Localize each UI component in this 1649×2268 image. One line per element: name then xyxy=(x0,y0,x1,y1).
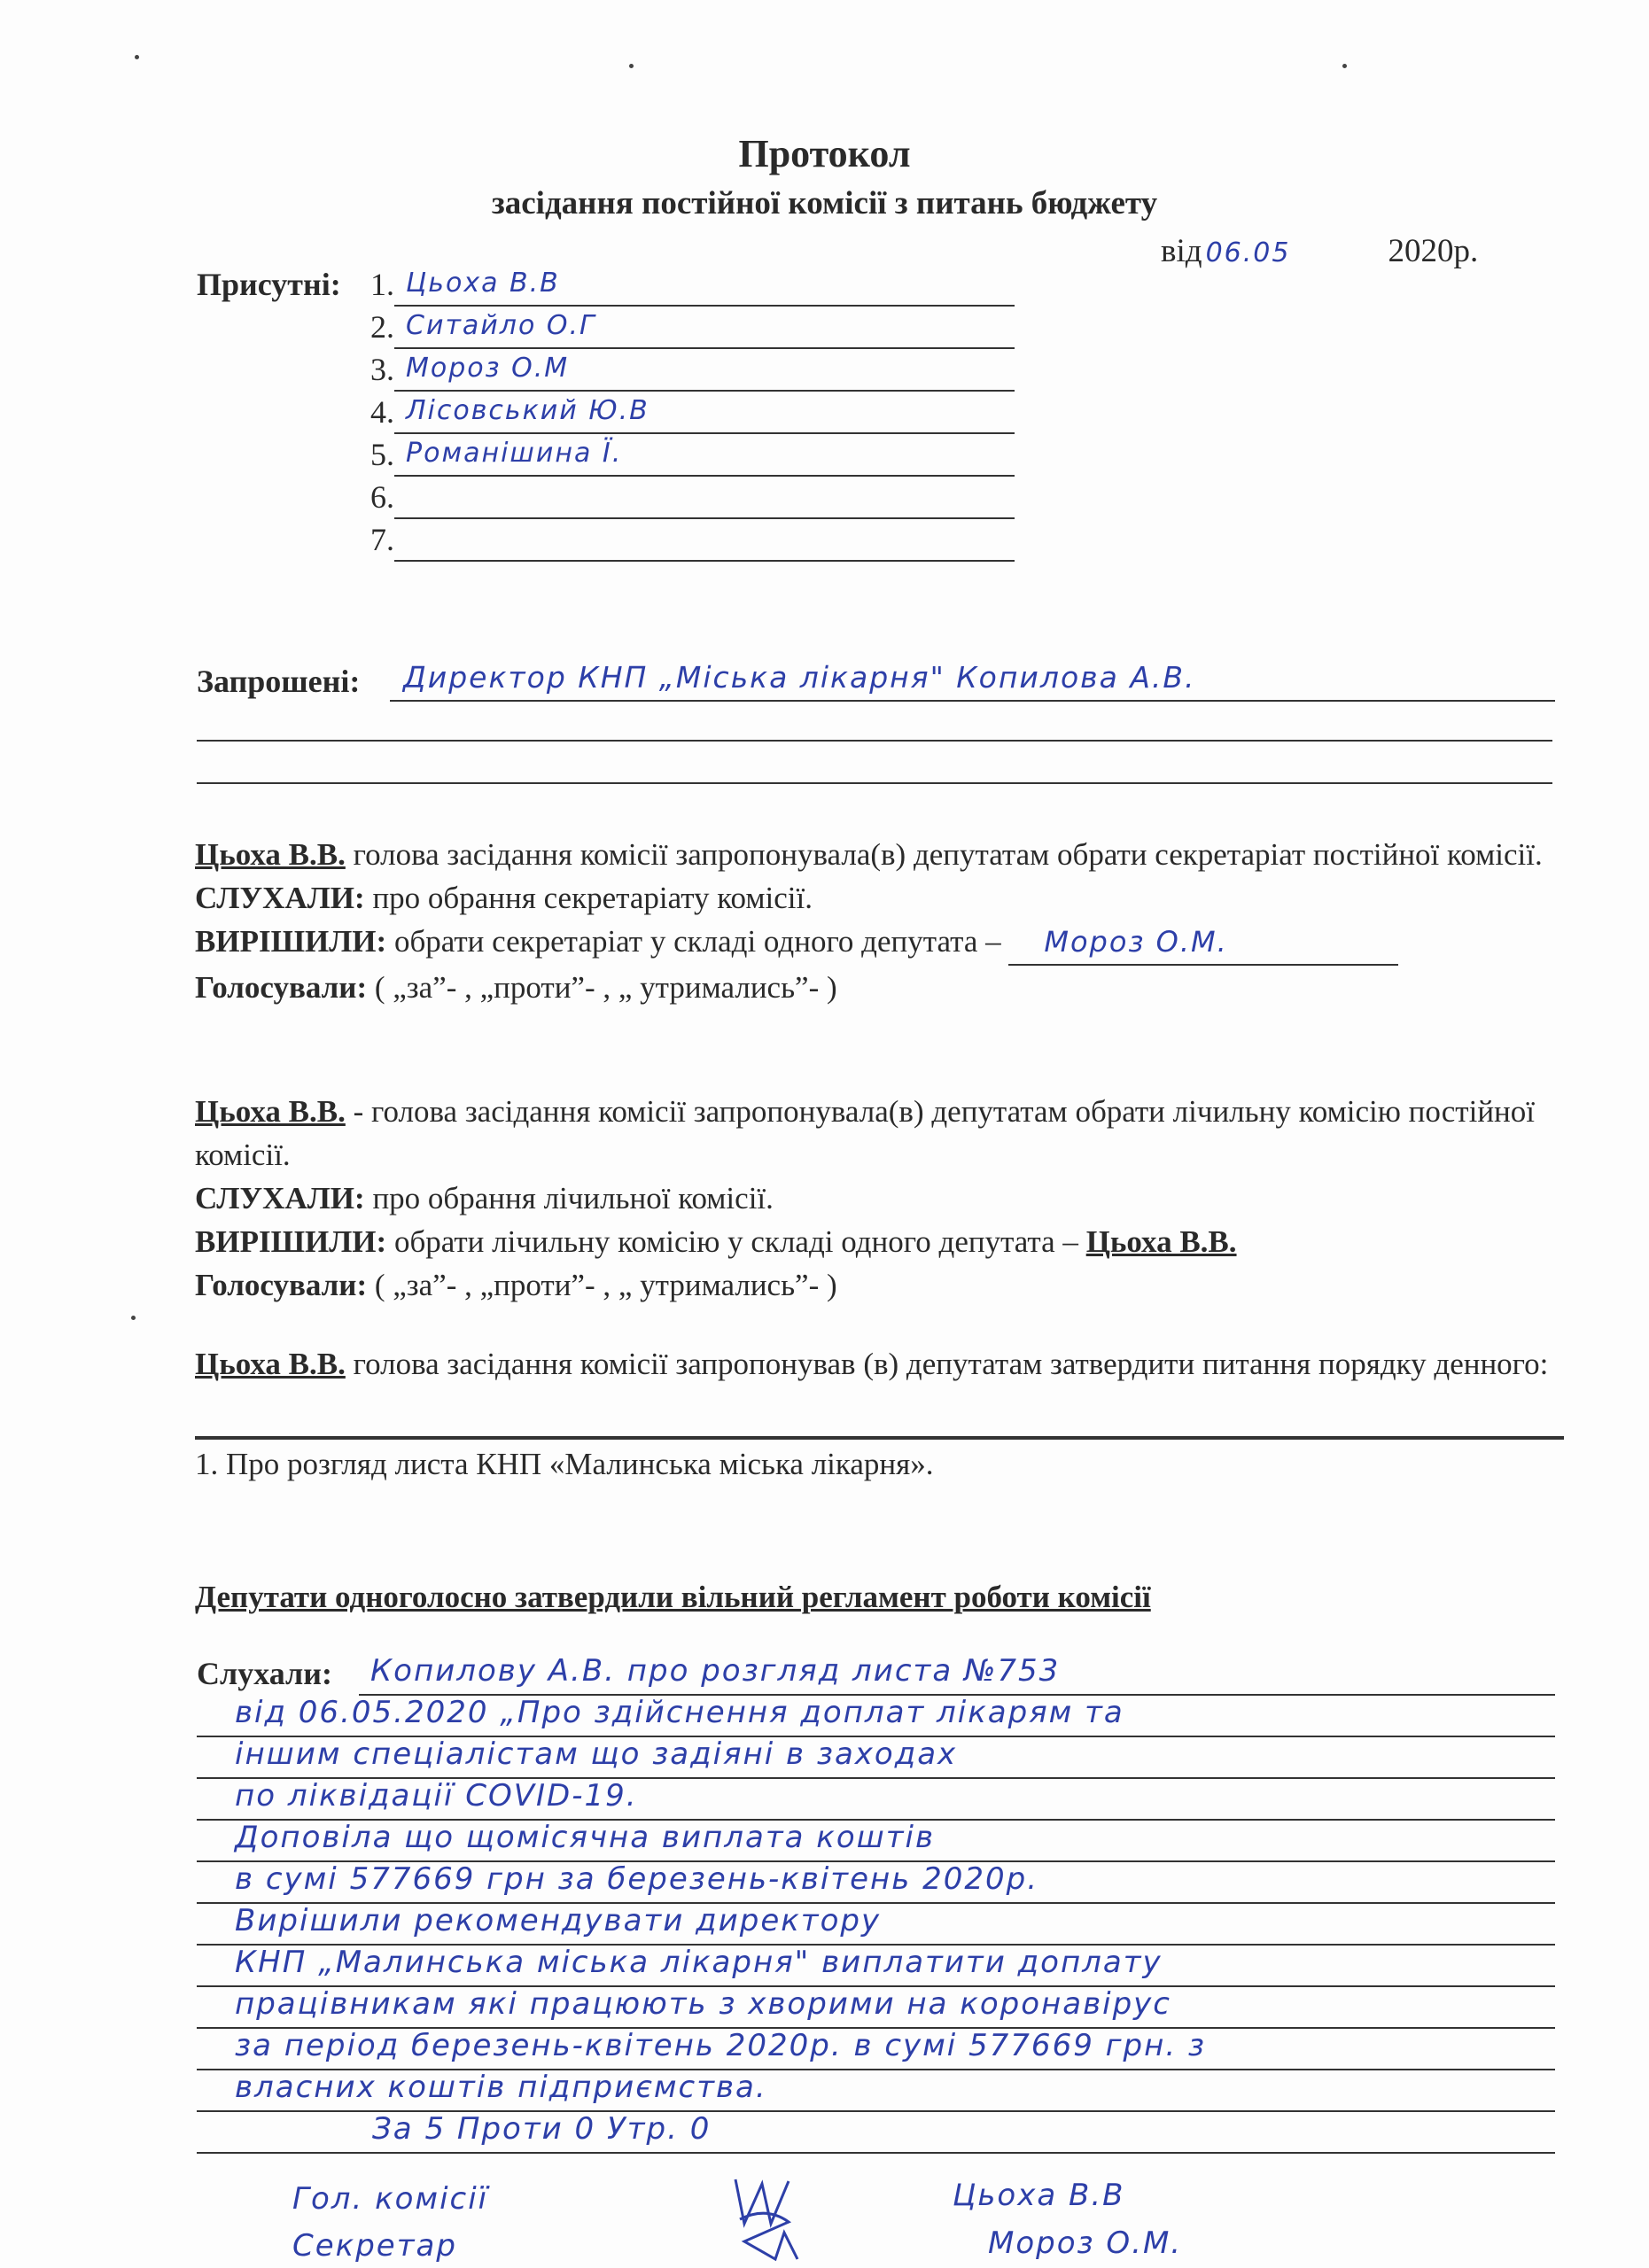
voted-label: Голосували: xyxy=(195,1268,367,1302)
section1-heard: СЛУХАЛИ: про обрання секретаріату комісі… xyxy=(195,876,1564,920)
section1-speaker: Цьоха В.В. xyxy=(195,837,346,872)
attendee-number: 5. xyxy=(359,436,394,473)
document-date: від06.052020р. xyxy=(1161,232,1478,270)
heard-line: Копилову А.В. про розгляд листа №753 xyxy=(370,1653,1060,1689)
attendee-line xyxy=(394,347,1015,349)
attendee-number: 3. xyxy=(359,351,394,388)
date-handwritten: 06.05 xyxy=(1206,237,1291,268)
heard-line: від 06.05.2020 „Про здійснення доплат лі… xyxy=(235,1695,1124,1730)
attendee-name: Ситайло О.Г xyxy=(406,310,596,341)
attendee-name: Цьоха В.В xyxy=(406,268,560,299)
chair-name: Цьоха В.В xyxy=(953,2178,1124,2213)
attendee-number: 6. xyxy=(359,478,394,516)
heard-text: про обрання лічильної комісії. xyxy=(365,1181,774,1216)
attendee-number: 7. xyxy=(359,521,394,558)
signature-scribble-icon xyxy=(727,2171,806,2268)
agenda-item-1: 1. Про розгляд листа КНП «Малинська місь… xyxy=(195,1442,1564,1486)
attendee-number: 1. xyxy=(359,266,394,303)
section2-speaker: Цьоха В.В. xyxy=(195,1094,346,1129)
section3-speaker: Цьоха В.В. xyxy=(195,1347,346,1381)
section3-intro: Цьоха В.В. голова засідання комісії запр… xyxy=(195,1342,1564,1386)
chair-label: Гол. комісії xyxy=(292,2181,488,2217)
attendee-line xyxy=(394,305,1015,307)
secretary-name: Мороз О.М. xyxy=(988,2225,1182,2261)
section2-intro: Цьоха В.В. - голова засідання комісії за… xyxy=(195,1090,1564,1177)
heard-line: КНП „Малинська міська лікарня" виплатити… xyxy=(235,1945,1163,1980)
heard-line: за період березень-квітень 2020р. в сумі… xyxy=(235,2028,1206,2063)
heard-text: про обрання секретаріату комісії. xyxy=(365,881,813,915)
voted-label: Голосували: xyxy=(195,970,367,1005)
section1-voted: Голосували: ( „за”- , „проти”- , „ утрим… xyxy=(195,966,1564,1009)
attendee-name: Романішина Ї. xyxy=(406,438,622,469)
heard-line: по ліквідації COVID-19. xyxy=(235,1778,638,1814)
invited-line-3 xyxy=(197,782,1552,784)
heard-ruled-line xyxy=(197,2152,1555,2154)
scan-speck xyxy=(131,1316,136,1320)
attendee-line xyxy=(394,475,1015,477)
counting-member: Цьоха В.В. xyxy=(1086,1224,1237,1259)
scan-speck xyxy=(1342,64,1347,68)
attendee-line xyxy=(394,432,1015,434)
decided-text: обрати секретаріат у складі одного депут… xyxy=(386,924,1008,959)
heard-line: За 5 Проти 0 Утр. 0 xyxy=(372,2111,711,2147)
regulation-note-text: Депутати одноголосно затвердили вільний … xyxy=(195,1580,1151,1614)
section-agenda: Цьоха В.В. голова засідання комісії запр… xyxy=(195,1342,1564,1386)
secretary-label: Секретар xyxy=(292,2228,457,2264)
section2-text: - голова засідання комісії запропонувала… xyxy=(195,1094,1535,1172)
heard-label: СЛУХАЛИ: xyxy=(195,1181,365,1216)
heard-line: в сумі 577669 грн за березень-квітень 20… xyxy=(235,1861,1038,1897)
agenda-divider xyxy=(195,1436,1564,1440)
attendee-line xyxy=(394,390,1015,392)
secretariat-member: Мороз О.М. xyxy=(1008,920,1398,966)
section-secretariat: Цьоха В.В. голова засідання комісії запр… xyxy=(195,833,1564,1009)
section3-text: голова засідання комісії запропонував (в… xyxy=(346,1347,1549,1381)
heard-line: власних коштів підприємства. xyxy=(235,2070,767,2105)
attendee-name: Лісовський Ю.В xyxy=(406,395,649,426)
document-title: Протокол xyxy=(0,131,1649,176)
attendees-label: Присутні: xyxy=(197,266,341,303)
invited-line-2 xyxy=(197,740,1552,742)
heard-line: Доповіла що щомісячна виплата коштів xyxy=(235,1820,935,1855)
section2-voted: Голосували: ( „за”- , „проти”- , „ утрим… xyxy=(195,1263,1564,1307)
heard-line: Вирішили рекомендувати директору xyxy=(235,1903,881,1938)
document-subtitle: засідання постійної комісії з питань бюд… xyxy=(0,184,1649,222)
section2-heard: СЛУХАЛИ: про обрання лічильної комісії. xyxy=(195,1177,1564,1220)
decided-label: ВИРІШИЛИ: xyxy=(195,1224,386,1259)
scan-speck xyxy=(135,55,139,59)
scan-speck xyxy=(629,64,634,68)
attendee-number: 2. xyxy=(359,308,394,346)
heard-label: СЛУХАЛИ: xyxy=(195,881,365,915)
section1-text: голова засідання комісії запропонувала(в… xyxy=(346,837,1543,872)
section-counting-commission: Цьоха В.В. - голова засідання комісії за… xyxy=(195,1090,1564,1307)
date-year: 2020р. xyxy=(1388,233,1478,269)
heard-line: працівникам які працюють з хворими на ко… xyxy=(235,1986,1171,2022)
regulation-note: Депутати одноголосно затвердили вільний … xyxy=(195,1575,1564,1619)
section2-decided: ВИРІШИЛИ: обрати лічильну комісію у скла… xyxy=(195,1220,1564,1263)
heard-section-label: Слухали: xyxy=(197,1655,332,1692)
section1-intro: Цьоха В.В. голова засідання комісії запр… xyxy=(195,833,1564,876)
attendee-number: 4. xyxy=(359,393,394,431)
attendee-line xyxy=(394,517,1015,519)
invited-value: Директор КНП „Міська лікарня" Копилова А… xyxy=(403,660,1196,695)
attendee-line xyxy=(394,560,1015,562)
decided-label: ВИРІШИЛИ: xyxy=(195,924,386,959)
heard-line: іншим спеціалістам що задіяні в заходах xyxy=(235,1736,957,1772)
attendee-name: Мороз О.М xyxy=(406,353,569,384)
voted-text: ( „за”- , „проти”- , „ утримались”- ) xyxy=(367,1268,837,1302)
voted-text: ( „за”- , „проти”- , „ утримались”- ) xyxy=(367,970,837,1005)
invited-label: Запрошені: xyxy=(197,663,360,700)
invited-line-1 xyxy=(390,700,1555,702)
scanned-protocol-page: Протокол засідання постійної комісії з п… xyxy=(0,0,1649,2268)
section1-decided: ВИРІШИЛИ: обрати секретаріат у складі од… xyxy=(195,920,1564,966)
date-prefix: від xyxy=(1161,233,1202,269)
decided-text: обрати лічильну комісію у складі одного … xyxy=(386,1224,1086,1259)
